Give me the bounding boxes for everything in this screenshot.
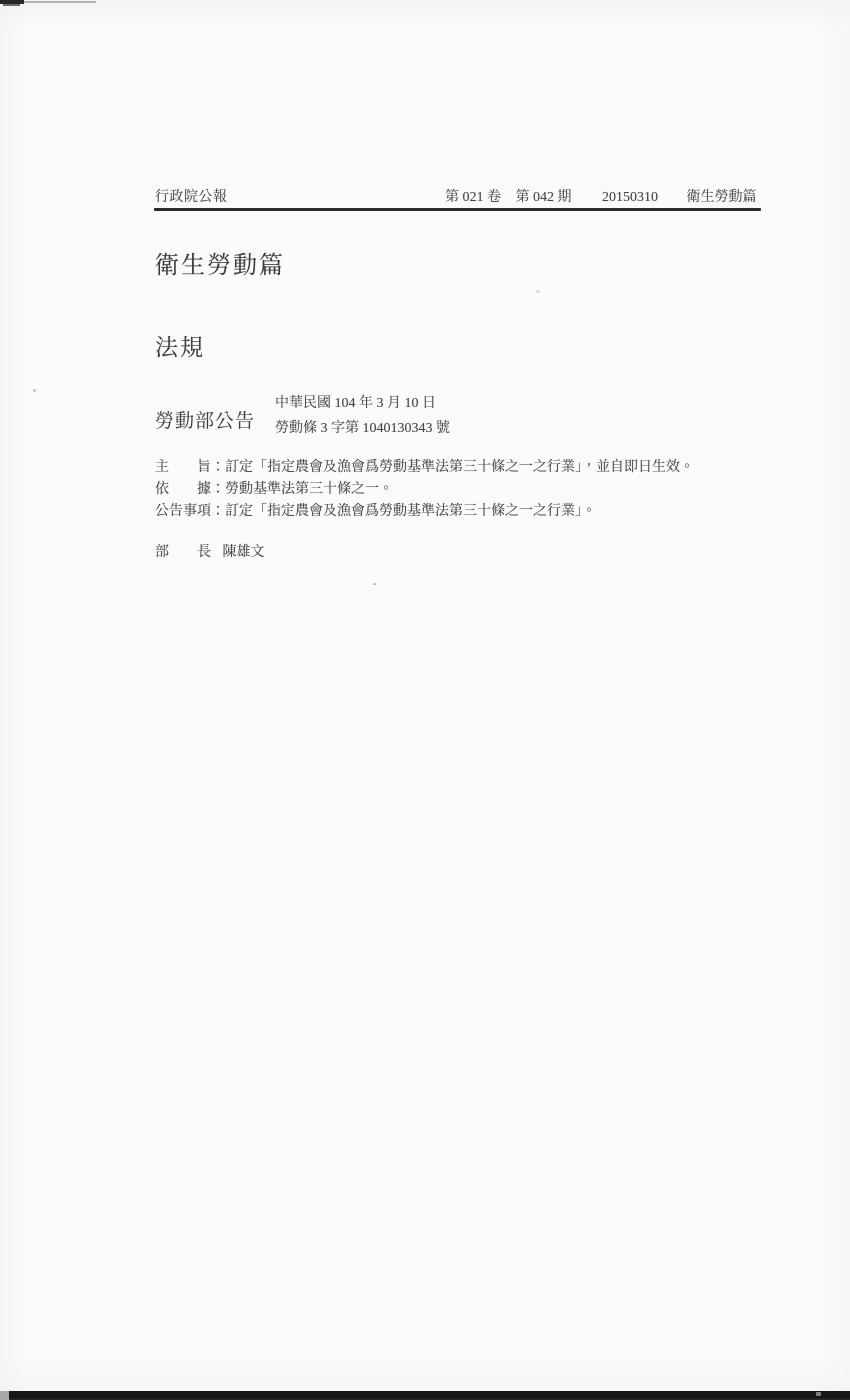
announcement-date-block: 中華民國 104 年 3 月 10 日 勞動條 3 字第 1040130343 … <box>275 391 450 441</box>
volume-label: 第 021 卷 <box>445 189 501 206</box>
scan-artifact-top-line <box>3 4 20 6</box>
paper-speck <box>33 389 36 392</box>
signature-line: 部 長 陳雄文 <box>155 541 265 561</box>
matters-line: 公告事項：訂定「指定農會及漁會爲勞動基準法第三十條之一之行業」。 <box>155 501 780 523</box>
header-issue-info: 第 021 卷 第 042 期 20150310 衛生勞動篇 <box>445 189 757 206</box>
scan-artifact-top-streak <box>20 1 96 3</box>
scan-artifact-bottom-bar <box>0 1391 850 1400</box>
issue-label: 第 042 期 <box>516 189 572 206</box>
header-rule <box>154 208 761 211</box>
announcement-body: 主 旨：訂定「指定農會及漁會爲勞動基準法第三十條之一之行業」，並自即日生效。 依… <box>155 457 780 523</box>
scanned-gazette-page: 行政院公報 第 021 卷 第 042 期 20150310 衛生勞動篇 衛生勞… <box>0 0 850 1400</box>
issue-date-code: 20150310 <box>602 189 658 206</box>
category-heading: 法規 <box>155 329 205 362</box>
announcement-date: 中華民國 104 年 3 月 10 日 <box>275 391 450 416</box>
section-heading: 衛生勞動篇 <box>155 245 285 280</box>
signer-title: 部 長 <box>155 545 211 560</box>
paper-speck <box>373 583 376 585</box>
scan-artifact-bottom-lead <box>0 1391 9 1400</box>
journal-title: 行政院公報 <box>155 189 228 206</box>
subject-line: 主 旨：訂定「指定農會及漁會爲勞動基準法第三十條之一之行業」，並自即日生效。 <box>155 457 780 479</box>
paper-speck <box>536 290 540 293</box>
basis-line: 依 據：勞動基準法第三十條之一。 <box>155 479 780 501</box>
announcement-reference-number: 勞動條 3 字第 1040130343 號 <box>275 416 450 441</box>
header-section-label: 衛生勞動篇 <box>687 189 757 206</box>
scan-artifact-bottom-speck <box>816 1392 821 1396</box>
signer-name: 陳雄文 <box>223 545 265 560</box>
agency-name: 勞動部公告 <box>155 406 255 433</box>
